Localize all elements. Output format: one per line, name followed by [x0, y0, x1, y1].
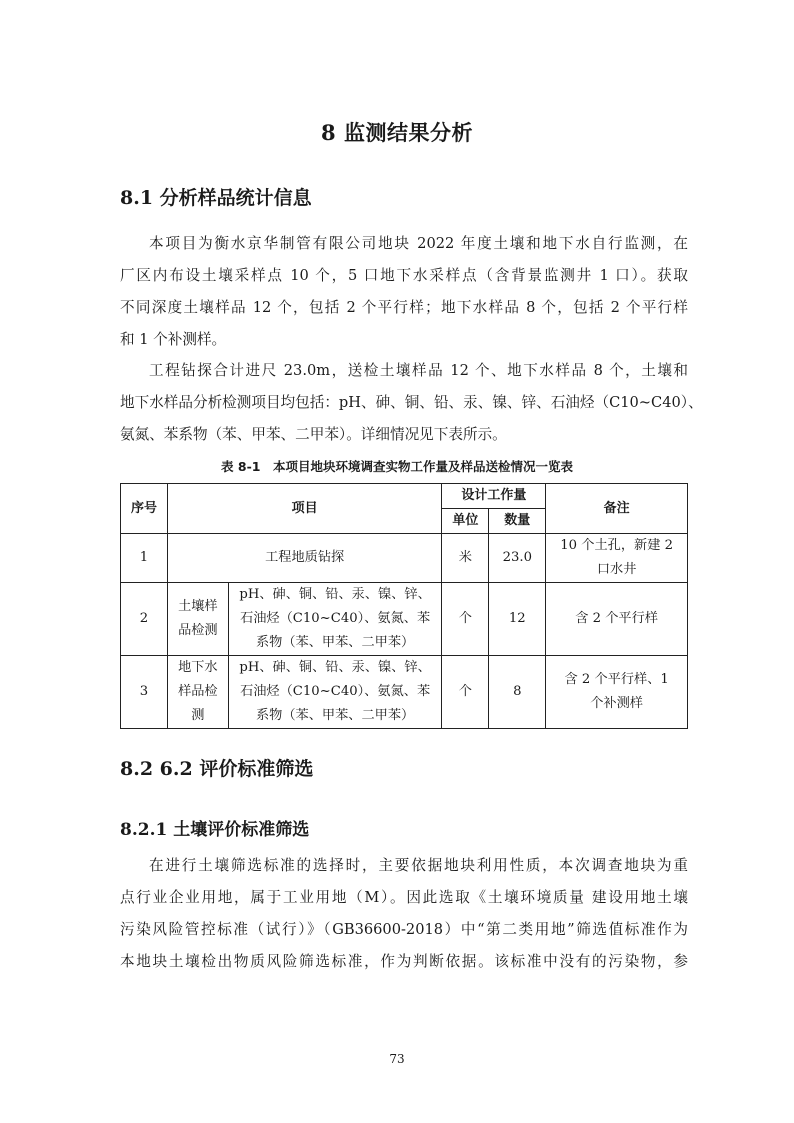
text-line: 和 1 个补测样。 [120, 324, 688, 356]
table-header-row: 序号 项目 设计工作量 备注 [121, 484, 688, 509]
paragraph-sample-overview: 本项目为衡水京华制管有限公司地块 2022 年度土壤和地下水自行监测，在 厂区内… [120, 228, 688, 356]
document-page: 8 监测结果分析 8.1 分析样品统计信息 本项目为衡水京华制管有限公司地块 2… [0, 0, 794, 1123]
cell-quantity: 23.0 [489, 534, 546, 583]
text-line: 厂区内布设土壤采样点 10 个，5 口地下水采样点（含背景监测井 1 口）。获取 [120, 260, 688, 292]
header-design-workload: 设计工作量 [442, 484, 546, 509]
section-heading-8-1: 8.1 分析样品统计信息 [120, 183, 312, 210]
cell-remark: 10 个土孔，新建 2 口水井 [546, 534, 688, 583]
header-quantity: 数量 [489, 509, 546, 534]
cell-index: 2 [121, 583, 168, 656]
cell-unit: 个 [442, 656, 489, 729]
text-line: 不同深度土壤样品 12 个，包括 2 个平行样；地下水样品 8 个，包括 2 个… [120, 292, 688, 324]
cell-item-detail: pH、砷、铜、铅、汞、镍、锌、石油烃（C10~C40）、氨氮、苯系物（苯、甲苯、… [228, 583, 442, 656]
cell-index: 3 [121, 656, 168, 729]
cell-item: 地下水样品检测 [167, 656, 228, 729]
table-row: 3 地下水样品检测 pH、砷、铜、铅、汞、镍、锌、石油烃（C10~C40）、氨氮… [121, 656, 688, 729]
cell-item: 土壤样品检测 [167, 583, 228, 656]
page-number: 73 [0, 1052, 794, 1066]
text-line: 工程钻探合计进尺 23.0m，送检土壤样品 12 个、地下水样品 8 个，土壤和 [120, 355, 688, 387]
cell-item: 工程地质钻探 [167, 534, 442, 583]
table-row: 2 土壤样品检测 pH、砷、铜、铅、汞、镍、锌、石油烃（C10~C40）、氨氮、… [121, 583, 688, 656]
table-row: 1 工程地质钻探 米 23.0 10 个土孔，新建 2 口水井 [121, 534, 688, 583]
text-line: 污染风险管控标准（试行）》（GB36600-2018）中“第二类用地”筛选值标准… [120, 914, 688, 946]
header-index: 序号 [121, 484, 168, 534]
header-unit: 单位 [442, 509, 489, 534]
text-line: 本项目为衡水京华制管有限公司地块 2022 年度土壤和地下水自行监测，在 [120, 228, 688, 260]
header-remark: 备注 [546, 484, 688, 534]
paragraph-soil-standard: 在进行土壤筛选标准的选择时，主要依据地块利用性质，本次调查地块为重 点行业企业用… [120, 850, 688, 978]
cell-unit: 个 [442, 583, 489, 656]
cell-remark: 含 2 个平行样、1 个补测样 [546, 656, 688, 729]
cell-quantity: 8 [489, 656, 546, 729]
paragraph-drilling-summary: 工程钻探合计进尺 23.0m，送检土壤样品 12 个、地下水样品 8 个，土壤和… [120, 355, 688, 451]
cell-unit: 米 [442, 534, 489, 583]
section-heading-8-2-1: 8.2.1 土壤评价标准筛选 [120, 815, 309, 840]
section-heading-8-2: 8.2 6.2 评价标准筛选 [120, 754, 313, 781]
text-line: 氨氮、苯系物（苯、甲苯、二甲苯）。详细情况见下表所示。 [120, 419, 688, 451]
cell-item-detail: pH、砷、铜、铅、汞、镍、锌、石油烃（C10~C40）、氨氮、苯系物（苯、甲苯、… [228, 656, 442, 729]
text-line: 本地块土壤检出物质风险筛选标准，作为判断依据。该标准中没有的污染物，参 [120, 946, 688, 978]
cell-quantity: 12 [489, 583, 546, 656]
cell-remark: 含 2 个平行样 [546, 583, 688, 656]
text-line: 地下水样品分析检测项目均包括：pH、砷、铜、铅、汞、镍、锌、石油烃（C10~C4… [120, 387, 688, 419]
chapter-title: 8 监测结果分析 [0, 117, 794, 147]
table-caption: 表 8-1 本项目地块环境调查实物工作量及样品送检情况一览表 [0, 457, 794, 475]
header-item: 项目 [167, 484, 442, 534]
text-line: 点行业企业用地，属于工业用地（M）。因此选取《土壤环境质量 建设用地土壤 [120, 882, 688, 914]
text-line: 在进行土壤筛选标准的选择时，主要依据地块利用性质，本次调查地块为重 [120, 850, 688, 882]
cell-index: 1 [121, 534, 168, 583]
workload-table: 序号 项目 设计工作量 备注 单位 数量 1 工程地质钻探 米 23.0 10 … [120, 483, 688, 729]
